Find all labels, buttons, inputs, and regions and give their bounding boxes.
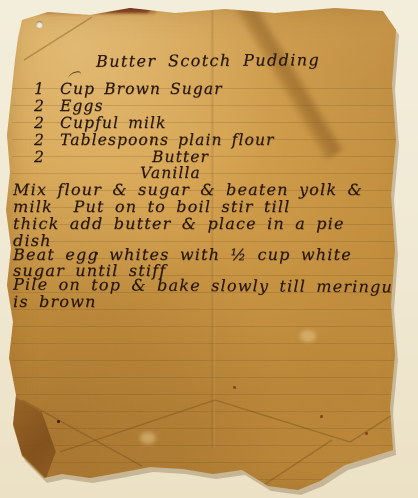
instruction-line: thick add butter & place in a pie	[13, 214, 345, 233]
photo-of-handwritten-recipe: Butter Scotch Pudding 1Cup Brown Sugar 2…	[0, 0, 418, 498]
ingredient-text: Cup Brown Sugar	[60, 80, 223, 98]
stain-speck	[320, 415, 323, 418]
ingredient-row: 2Tablespoons plain flour	[34, 131, 275, 149]
ingredient-qty: 2	[34, 114, 60, 132]
punch-hole	[36, 21, 43, 28]
ink-speck	[57, 420, 60, 423]
stain-speck	[233, 386, 236, 389]
instruction-line: is brown	[13, 292, 97, 311]
ingredient-row: 1Cup Brown Sugar	[34, 80, 223, 98]
recipe-paper: Butter Scotch Pudding 1Cup Brown Sugar 2…	[0, 0, 418, 498]
ingredient-qty: 2	[34, 131, 60, 149]
ingredient-text: Tablespoons plain flour	[60, 131, 275, 149]
ingredient-text: Cupful milk	[60, 114, 166, 132]
ingredient-qty: 1	[34, 80, 60, 98]
stain-speck	[365, 432, 368, 435]
ingredient-row: 2Eggs	[34, 97, 104, 115]
ingredient-row: 2Cupful milk	[34, 114, 166, 132]
ingredient-text: Eggs	[60, 97, 104, 115]
ingredient-qty: 2	[34, 97, 60, 115]
recipe-title: Butter Scotch Pudding	[96, 50, 320, 71]
water-spot	[300, 330, 316, 342]
water-spot	[140, 432, 156, 444]
